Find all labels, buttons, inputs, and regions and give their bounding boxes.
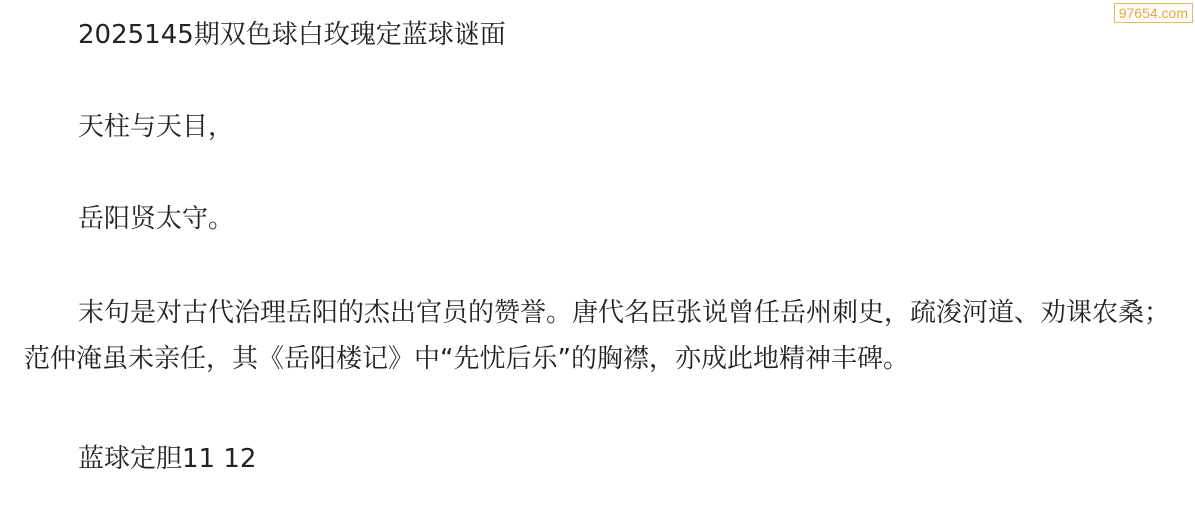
riddle-line-2: 岳阳贤太守。 (24, 196, 234, 242)
site-watermark: 97654.com (1114, 3, 1193, 23)
article-title: 2025145期双色球白玫瑰定蓝球谜面 (24, 12, 506, 58)
blue-ball-pick: 蓝球定胆11 12 (24, 436, 256, 482)
riddle-explanation: 末句是对古代治理岳阳的杰出官员的赞誉。唐代名臣张说曾任岳州刺史，疏浚河道、劝课农… (24, 290, 1174, 382)
riddle-line-1: 天柱与天目， (24, 104, 234, 150)
